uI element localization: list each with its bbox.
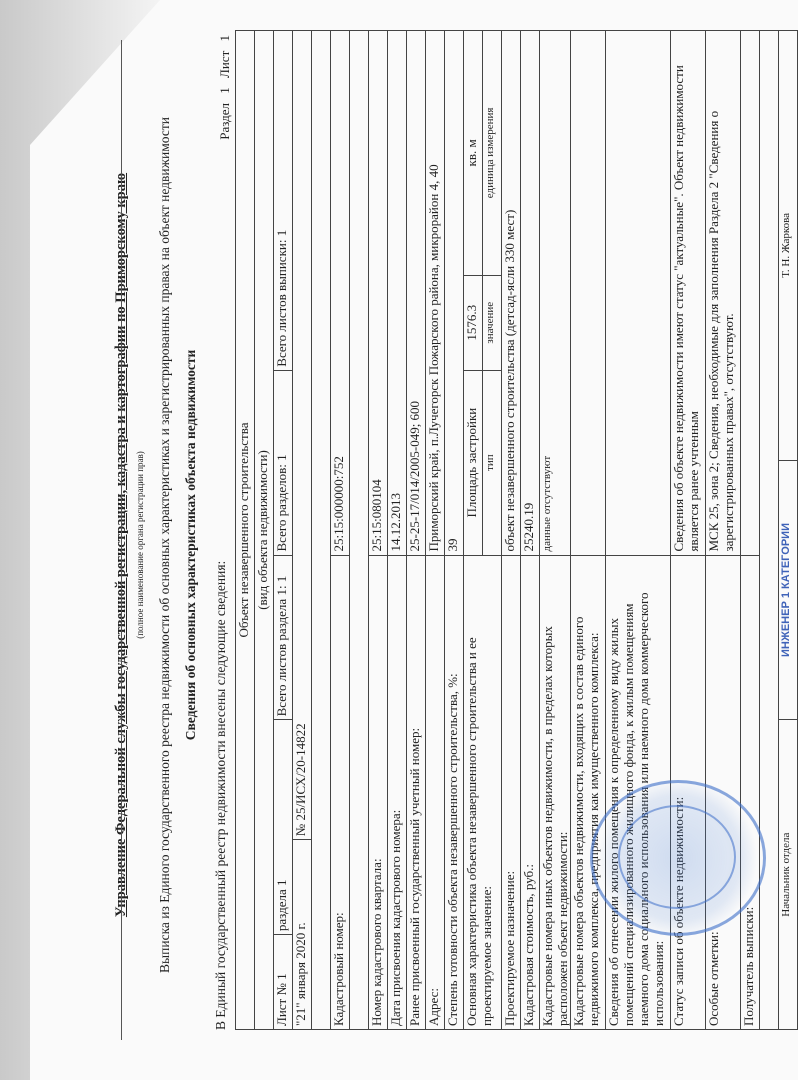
header-divider [121,40,122,1040]
sections-total: Всего разделов: 1 [274,370,293,555]
authority-caption: (полное наименование органа регистрации … [135,60,145,1030]
field-label: Степень готовности объекта незавершенног… [445,555,464,1029]
field-value: 25-25-17/014/2005-049; 600 [407,31,426,556]
field-value [741,31,760,556]
sheets-total: Всего листов выписки: 1 [274,31,293,371]
section-sheet-label: Раздел 1 Лист 1 [217,35,233,140]
section-title: Сведения об основных характеристиках объ… [183,60,199,1030]
signer-position: Начальник отдела [779,720,798,1030]
extract-date: "21" января 2020 г. [293,840,312,1030]
official-seal-icon [590,780,766,936]
field-label: Дата присвоения кадастрового номера: [388,555,407,1029]
field-value: МСК 25, зона 2; Сведения, необходимые дл… [706,31,741,556]
field-value: 14.12.2013 [388,31,407,556]
field-label: Основная характеристика объекта незаверш… [464,555,502,1029]
extract-number: № 25/ИСХ/20-14822 [293,31,312,840]
field-label: Проектируемое назначение: [502,555,521,1029]
sheets-in-section: Всего листов раздела 1: 1 [274,555,293,720]
field-value: 39 [445,31,464,556]
field-value: 25:15:080104 [369,31,388,556]
field-value: данные отсутствуют [540,31,571,556]
field-value: 25240.19 [521,31,540,556]
field-label: Номер кадастрового квартала: [369,555,388,1029]
value-caption: значение [483,275,502,370]
intro-text: В Единый государственный реестр недвижим… [213,561,229,1030]
sheet-no: Лист № 1 [274,935,293,1030]
field-label: Адрес: [426,555,445,1029]
object-type-caption: (вид объекта недвижимости) [255,31,274,1030]
field-value [571,31,606,556]
field-label: Ранее присвоенный государственный учетны… [407,555,426,1029]
field-label: Получатель выписки: [741,555,760,1029]
field-value: 25:15:000000:752 [331,31,350,556]
characteristic-unit: кв. м [464,31,483,276]
field-value: Сведения об объекте недвижимости имеют с… [671,31,706,556]
field-label: Кадастровый номер: [331,555,350,1029]
field-value: Приморский край, п.Лучегорск Пожарского … [426,31,445,556]
object-type: Объект незавершенного строительства [236,31,255,1030]
field-label: Кадастровые номера иных объектов недвижи… [540,555,571,1029]
extract-title: Выписка из Единого государственного реес… [157,60,173,1030]
characteristic-type: Площадь застройки [464,370,483,555]
field-label: Кадастровая стоимость, руб.: [521,555,540,1029]
field-value [606,31,671,556]
characteristic-value: 1576.3 [464,275,483,370]
field-label: Кадастровые номера объектов недвижимости… [571,555,606,1029]
unit-caption: единица измерения [483,31,502,276]
field-value: объект незавершенного строительства (дет… [502,31,521,556]
type-caption: тип [483,370,502,555]
blue-stamp-title: ИНЖЕНЕР 1 КАТЕГОРИИ [779,460,798,720]
signer-name: Т. Н. Жаркова [779,31,798,461]
sheet-section: раздела 1 [274,720,293,935]
